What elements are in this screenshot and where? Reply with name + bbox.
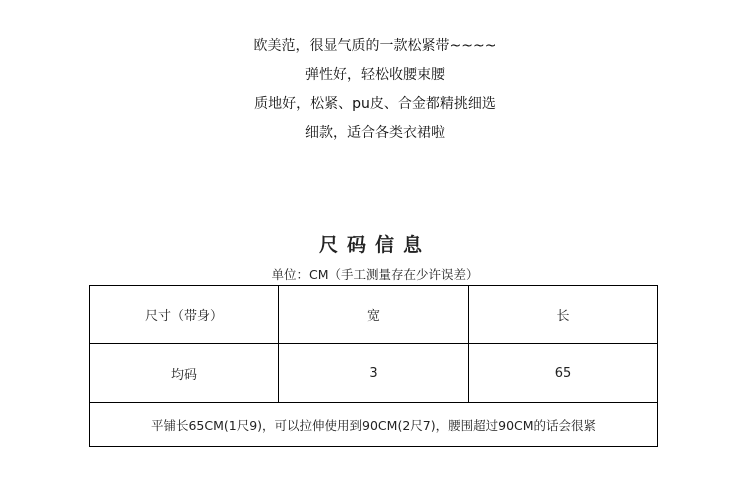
header-size: 尺寸（带身） (90, 286, 279, 344)
cell-size: 均码 (90, 344, 279, 403)
description-line: 质地好，松紧、pu皮、合金都精挑细选 (0, 94, 750, 123)
size-table: 尺寸（带身） 宽 长 均码 3 65 平铺长65CM(1尺9)，可以拉伸使用到9… (89, 285, 658, 447)
table-header-row: 尺寸（带身） 宽 长 (90, 286, 658, 344)
size-info-title: 尺码信息 (0, 230, 750, 257)
table-note-row: 平铺长65CM(1尺9)，可以拉伸使用到90CM(2尺7)，腰围超过90CM的话… (90, 403, 658, 447)
description-line: 细款，适合各类衣裙啦 (0, 123, 750, 152)
table-row: 均码 3 65 (90, 344, 658, 403)
header-length: 长 (468, 286, 657, 344)
header-width: 宽 (279, 286, 469, 344)
product-description: 欧美范，很显气质的一款松紧带~~~~ 弹性好，轻松收腰束腰 质地好，松紧、pu皮… (0, 36, 750, 152)
cell-width: 3 (279, 344, 469, 403)
description-line: 欧美范，很显气质的一款松紧带~~~~ (0, 36, 750, 65)
cell-length: 65 (468, 344, 657, 403)
description-line: 弹性好，轻松收腰束腰 (0, 65, 750, 94)
table-note: 平铺长65CM(1尺9)，可以拉伸使用到90CM(2尺7)，腰围超过90CM的话… (90, 403, 658, 447)
unit-note: 单位：CM（手工测量存在少许误差） (0, 265, 750, 283)
